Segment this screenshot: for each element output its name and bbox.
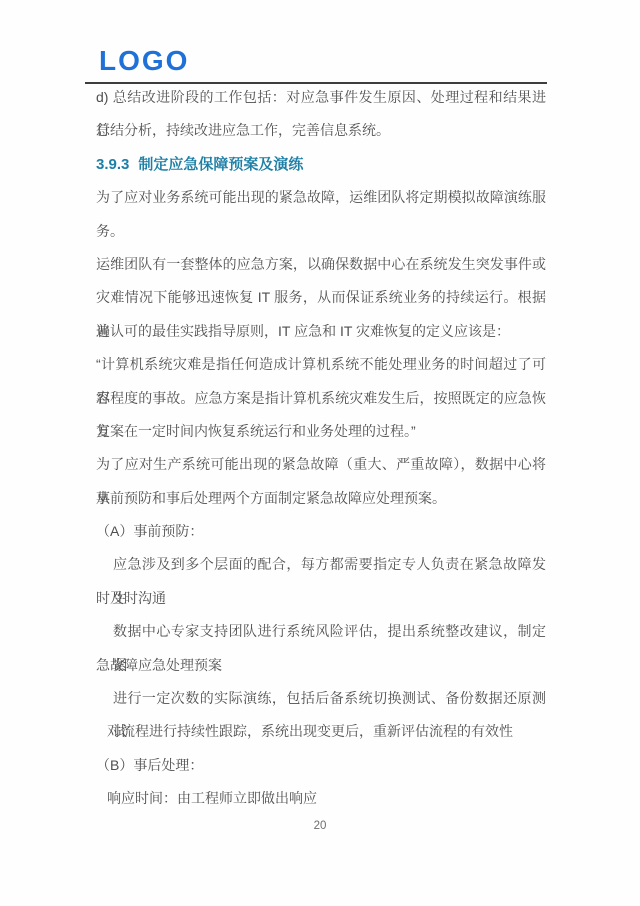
doc-line: （A）事前预防： [96, 515, 546, 548]
section-heading: 3.9.3制定应急保障预案及演练 [96, 148, 546, 181]
section-heading-number: 3.9.3 [96, 156, 129, 173]
document-body: d) 总结改进阶段的工作包括：对应急事件发生原因、处理过程和结果进行 总结分析，… [96, 81, 546, 816]
doc-line: 时及时沟通 [96, 582, 546, 615]
doc-line: 事前预防和事后处理两个方面制定紧急故障应处理预案。 [96, 482, 546, 515]
doc-line: 方案在一定时间内恢复系统运行和业务处理的过程。” [96, 415, 546, 448]
doc-line: 为了应对业务系统可能出现的紧急故障，运维团队将定期模拟故障演练服 [96, 181, 546, 214]
doc-line: 运维团队有一套整体的应急方案，以确保数据中心在系统发生突发事件或 [96, 248, 546, 281]
doc-line: 遍认可的最佳实践指导原则，IT 应急和 IT 灾难恢复的定义应该是： [96, 315, 546, 348]
doc-line: 灾难情况下能够迅速恢复 IT 服务，从而保证系统业务的持续运行。根据普 [96, 281, 546, 314]
doc-line: 急故障应急处理预案 [96, 649, 546, 682]
doc-line: （B）事后处理： [96, 749, 546, 782]
section-heading-title: 制定应急保障预案及演练 [138, 156, 303, 173]
doc-line: 务。 [96, 215, 546, 248]
doc-line: 响应时间：由工程师立即做出响应 [96, 782, 546, 815]
document-page: LOGO d) 总结改进阶段的工作包括：对应急事件发生原因、处理过程和结果进行 … [0, 0, 640, 906]
doc-line: d) 总结改进阶段的工作包括：对应急事件发生原因、处理过程和结果进行 [96, 81, 546, 114]
doc-line: 总结分析，持续改进应急工作，完善信息系统。 [96, 114, 546, 147]
logo: LOGO [99, 44, 189, 78]
doc-line: 对流程进行持续性跟踪，系统出现变更后，重新评估流程的有效性 [96, 715, 546, 748]
doc-line: 忍程度的事故。应急方案是指计算机系统灾难发生后，按照既定的应急恢复 [96, 382, 546, 415]
doc-line: 为了应对生产系统可能出现的紧急故障（重大、严重故障），数据中心将从 [96, 448, 546, 481]
page-number: 20 [0, 820, 640, 832]
doc-line: 数据中心专家支持团队进行系统风险评估，提出系统整改建议，制定紧 [96, 615, 546, 648]
doc-line: “计算机系统灾难是指任何造成计算机系统不能处理业务的时间超过了可容 [96, 348, 546, 381]
doc-line: 应急涉及到多个层面的配合，每方都需要指定专人负责在紧急故障发生 [96, 548, 546, 581]
doc-line: 进行一定次数的实际演练，包括后备系统切换测试、备份数据还原测试 [96, 682, 546, 715]
